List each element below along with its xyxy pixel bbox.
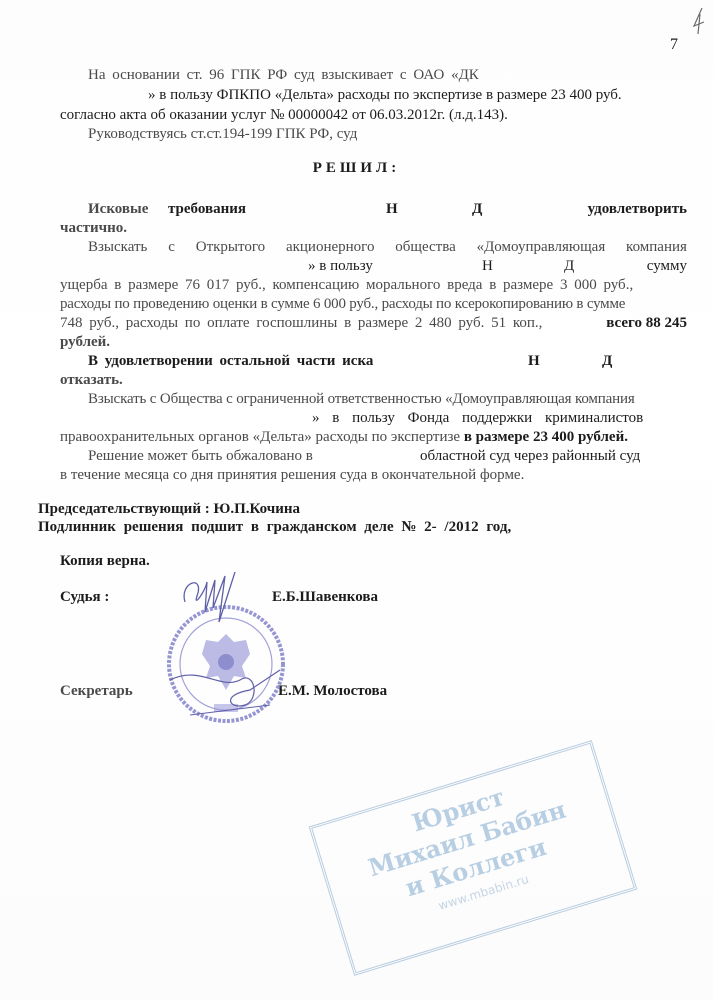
costs-text: 748 руб., расходы по оплате госпошлины в… [60, 315, 542, 331]
llc-line-1: Взыскать с Общества с ограниченной ответ… [88, 390, 635, 408]
intro-line-1: На основании ст. 96 ГПК РФ суд взыскивае… [88, 66, 479, 84]
llc-line-3: правоохранительных органов «Дельта» расх… [60, 428, 628, 446]
word: компания [626, 238, 687, 256]
word: Открытого [196, 238, 265, 256]
decision-heading: РЕШИЛ: [0, 160, 713, 177]
expertise-text: правоохранительных органов «Дельта» расх… [60, 429, 460, 445]
intro-line-4: Руководствуясь ст.ст.194-199 ГПК РФ, суд [88, 125, 357, 143]
plaintiff-initial-d: Д [602, 352, 612, 370]
expertise-amount: в размере 23 400 рублей. [464, 429, 628, 445]
secretary-name: Е.М. Молостова [278, 682, 387, 700]
word: Взыскать [88, 238, 147, 256]
page-number: 7 [670, 36, 678, 54]
intro-line-3: согласно акта об оказании услуг № 000000… [60, 106, 508, 124]
word: общества [395, 238, 455, 256]
recover-line-4: расходы по проведению оценки в сумме 6 0… [60, 295, 625, 313]
watermark-stamp: Юрист Михаил Бабин и Коллеги www.mbabin.… [309, 740, 638, 976]
appeal-line-1b: областной суд через районный суд [420, 447, 640, 465]
llc-line-2: » в пользу Фонда поддержки криминалистов [312, 409, 643, 427]
total-amount: всего 88 245 [606, 314, 687, 332]
appeal-line-2: в течение месяца со дня принятия решения… [60, 466, 524, 484]
refuse-line-1: В удовлетворении остальной части иска [88, 352, 373, 370]
in-favor-text: » в пользу [308, 257, 373, 275]
pencil-mark-icon [688, 6, 708, 36]
intro-line-2: » в пользу ФПКПО «Дельта» расходы по экс… [148, 86, 622, 104]
judge-signature-icon [175, 572, 255, 662]
word: «Домоуправляющая [477, 238, 606, 256]
plaintiff-initial-d: Д [564, 257, 574, 275]
refuse-line-2: отказать. [60, 371, 123, 389]
copy-true-label: Копия верна. [60, 552, 150, 570]
plaintiff-initial-n: Н [482, 257, 493, 275]
word: сумму [647, 257, 687, 275]
word: Исковые [88, 200, 148, 218]
plaintiff-initial-n: Н [528, 352, 540, 370]
presiding-judge: Председательствующий : Ю.П.Кочина [38, 500, 300, 518]
word: требования [168, 200, 246, 218]
recover-line-5: 748 руб., расходы по оплате госпошлины в… [60, 314, 687, 332]
judge-label: Судья : [60, 588, 109, 606]
original-filed-note: Подлинник решения подшит в гражданском д… [38, 518, 511, 536]
claims-line-2: частично. [60, 219, 127, 237]
plaintiff-initial-d: Д [472, 200, 482, 218]
plaintiff-initial-n: Н [386, 200, 398, 218]
appeal-line-1a: Решение может быть обжаловано в [88, 447, 313, 465]
word: с [168, 238, 175, 256]
document-page: 7 На основании ст. 96 ГПК РФ суд взыскив… [0, 0, 713, 1000]
secretary-signature-icon [160, 660, 290, 720]
recover-line-6: рублей. [60, 333, 110, 351]
judge-name: Е.Б.Шавенкова [272, 588, 378, 606]
recover-line-3: ущерба в размере 76 017 руб., компенсаци… [60, 276, 633, 294]
word: акционерного [286, 238, 375, 256]
recover-line-1: Взыскать с Открытого акционерного общест… [88, 238, 687, 256]
recover-line-2: » в пользу Н Д сумму [60, 257, 687, 275]
word: удовлетворить [588, 200, 687, 218]
secretary-label: Секретарь [60, 682, 133, 700]
